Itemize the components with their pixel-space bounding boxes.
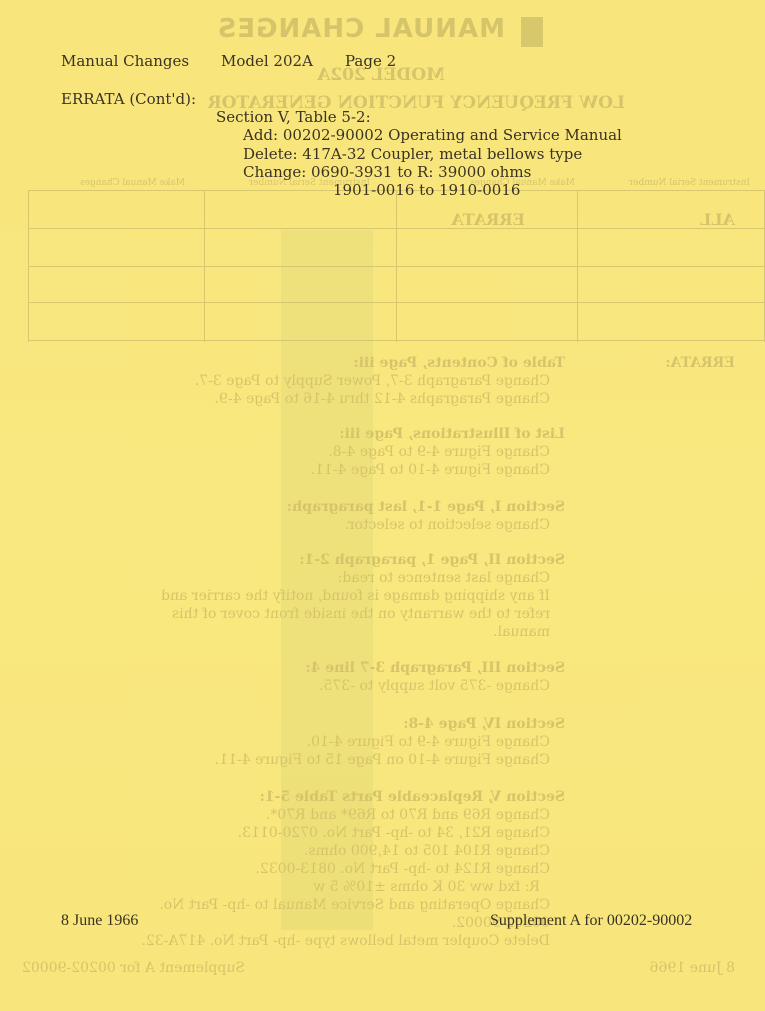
errata-item-change-cont: 1901-0016 to 1910-0016 bbox=[333, 181, 520, 199]
ghost-line: List of Illustrations, Page iii: bbox=[339, 426, 565, 442]
errata-item-add: Add: 00202-90002 Operating and Service M… bbox=[243, 126, 622, 144]
ghost-th: Instrument Serial Number bbox=[629, 178, 750, 188]
ghost-cell: ALL bbox=[700, 210, 735, 229]
ghost-line: Section V, Replaceable Parts Table 5-1: bbox=[260, 789, 565, 805]
errata-heading: ERRATA (Cont'd): bbox=[61, 90, 196, 108]
ghost-line: manual. bbox=[493, 624, 550, 640]
header-doc-type: Manual Changes bbox=[61, 52, 189, 70]
ghost-line: Change selection to selector. bbox=[345, 517, 550, 533]
ghost-band bbox=[281, 230, 373, 930]
ghost-errata-label: ERRATA: bbox=[665, 355, 735, 371]
ghost-line: Change Paragraphs 4-12 thru 4-16 to Page… bbox=[214, 391, 550, 407]
ghost-line: Change Figure 4-9 to Figure 4-10. bbox=[307, 734, 550, 750]
ghost-line: Change last sentence to read: bbox=[338, 570, 550, 586]
ghost-line: Section IV, Page 4-8: bbox=[403, 716, 565, 732]
ghost-line: Change R21, 34 to -hp- Part No. 0720-011… bbox=[238, 825, 550, 841]
document-page: MANUAL CHANGES MODEL 202A LOW FREQUENCY … bbox=[0, 0, 765, 1011]
ghost-line: Change Operating and Service Manual to -… bbox=[159, 897, 550, 913]
ghost-line: Change R69 and R70 to R69* and R70*. bbox=[266, 807, 550, 823]
errata-item-change: Change: 0690-3931 to R: 39000 ohms bbox=[243, 163, 531, 181]
ghost-line: Section III, Paragraph 3-7 line 4: bbox=[305, 660, 565, 676]
ghost-line: refer to the warranty on the inside fron… bbox=[172, 606, 550, 622]
ghost-line: Change Figure 4-9 to Page 4-8. bbox=[328, 444, 550, 460]
ghost-line: Change -375 volt supply to -375. bbox=[319, 678, 550, 694]
ghost-th: Make Manual Changes bbox=[80, 178, 185, 188]
ghost-line: Delete Coupler metal bellows type -hp- P… bbox=[141, 933, 550, 949]
ghost-line: Change Figure 4-10 to Page 4-11. bbox=[310, 462, 550, 478]
ghost-logo-icon bbox=[521, 17, 543, 47]
ghost-line: Change Figure 4-10 on Page 15 to Figure … bbox=[215, 752, 550, 768]
errata-section: Section V, Table 5-2: bbox=[216, 108, 371, 126]
ghost-footer-date: 8 June 1966 bbox=[650, 960, 735, 976]
ghost-line: Section I, Page 1-1, last paragraph: bbox=[287, 499, 565, 515]
header-page-number: Page 2 bbox=[345, 52, 396, 70]
ghost-line: Section II, Page 1, paragraph 2-1: bbox=[299, 552, 565, 568]
ghost-title: MANUAL CHANGES bbox=[217, 14, 505, 44]
errata-item-delete: Delete: 417A-32 Coupler, metal bellows t… bbox=[243, 145, 582, 163]
ghost-line: Change Paragraph 3-7, Power Supply to Pa… bbox=[195, 373, 550, 389]
ghost-line: Change R124 to -hp- Part No. 0813-0032. bbox=[255, 861, 550, 877]
ghost-line: Table of Contents, Page iii: bbox=[354, 355, 566, 371]
ghost-line: If any shipping damage is found, notify … bbox=[161, 588, 550, 604]
header-model: Model 202A bbox=[221, 52, 313, 70]
footer-supplement: Supplement A for 00202-90002 bbox=[490, 912, 692, 930]
footer-date: 8 June 1966 bbox=[61, 912, 138, 930]
ghost-line: Change R104 105 to 14,900 ohms. bbox=[304, 843, 550, 859]
ghost-cell: ERRATA bbox=[451, 210, 525, 229]
ghost-footer-supp: Supplement A for 00202-90002 bbox=[22, 960, 245, 976]
ghost-line: R: fxd ww 30 K ohms ±10% 5 w bbox=[313, 879, 540, 895]
ghost-table bbox=[28, 190, 765, 342]
